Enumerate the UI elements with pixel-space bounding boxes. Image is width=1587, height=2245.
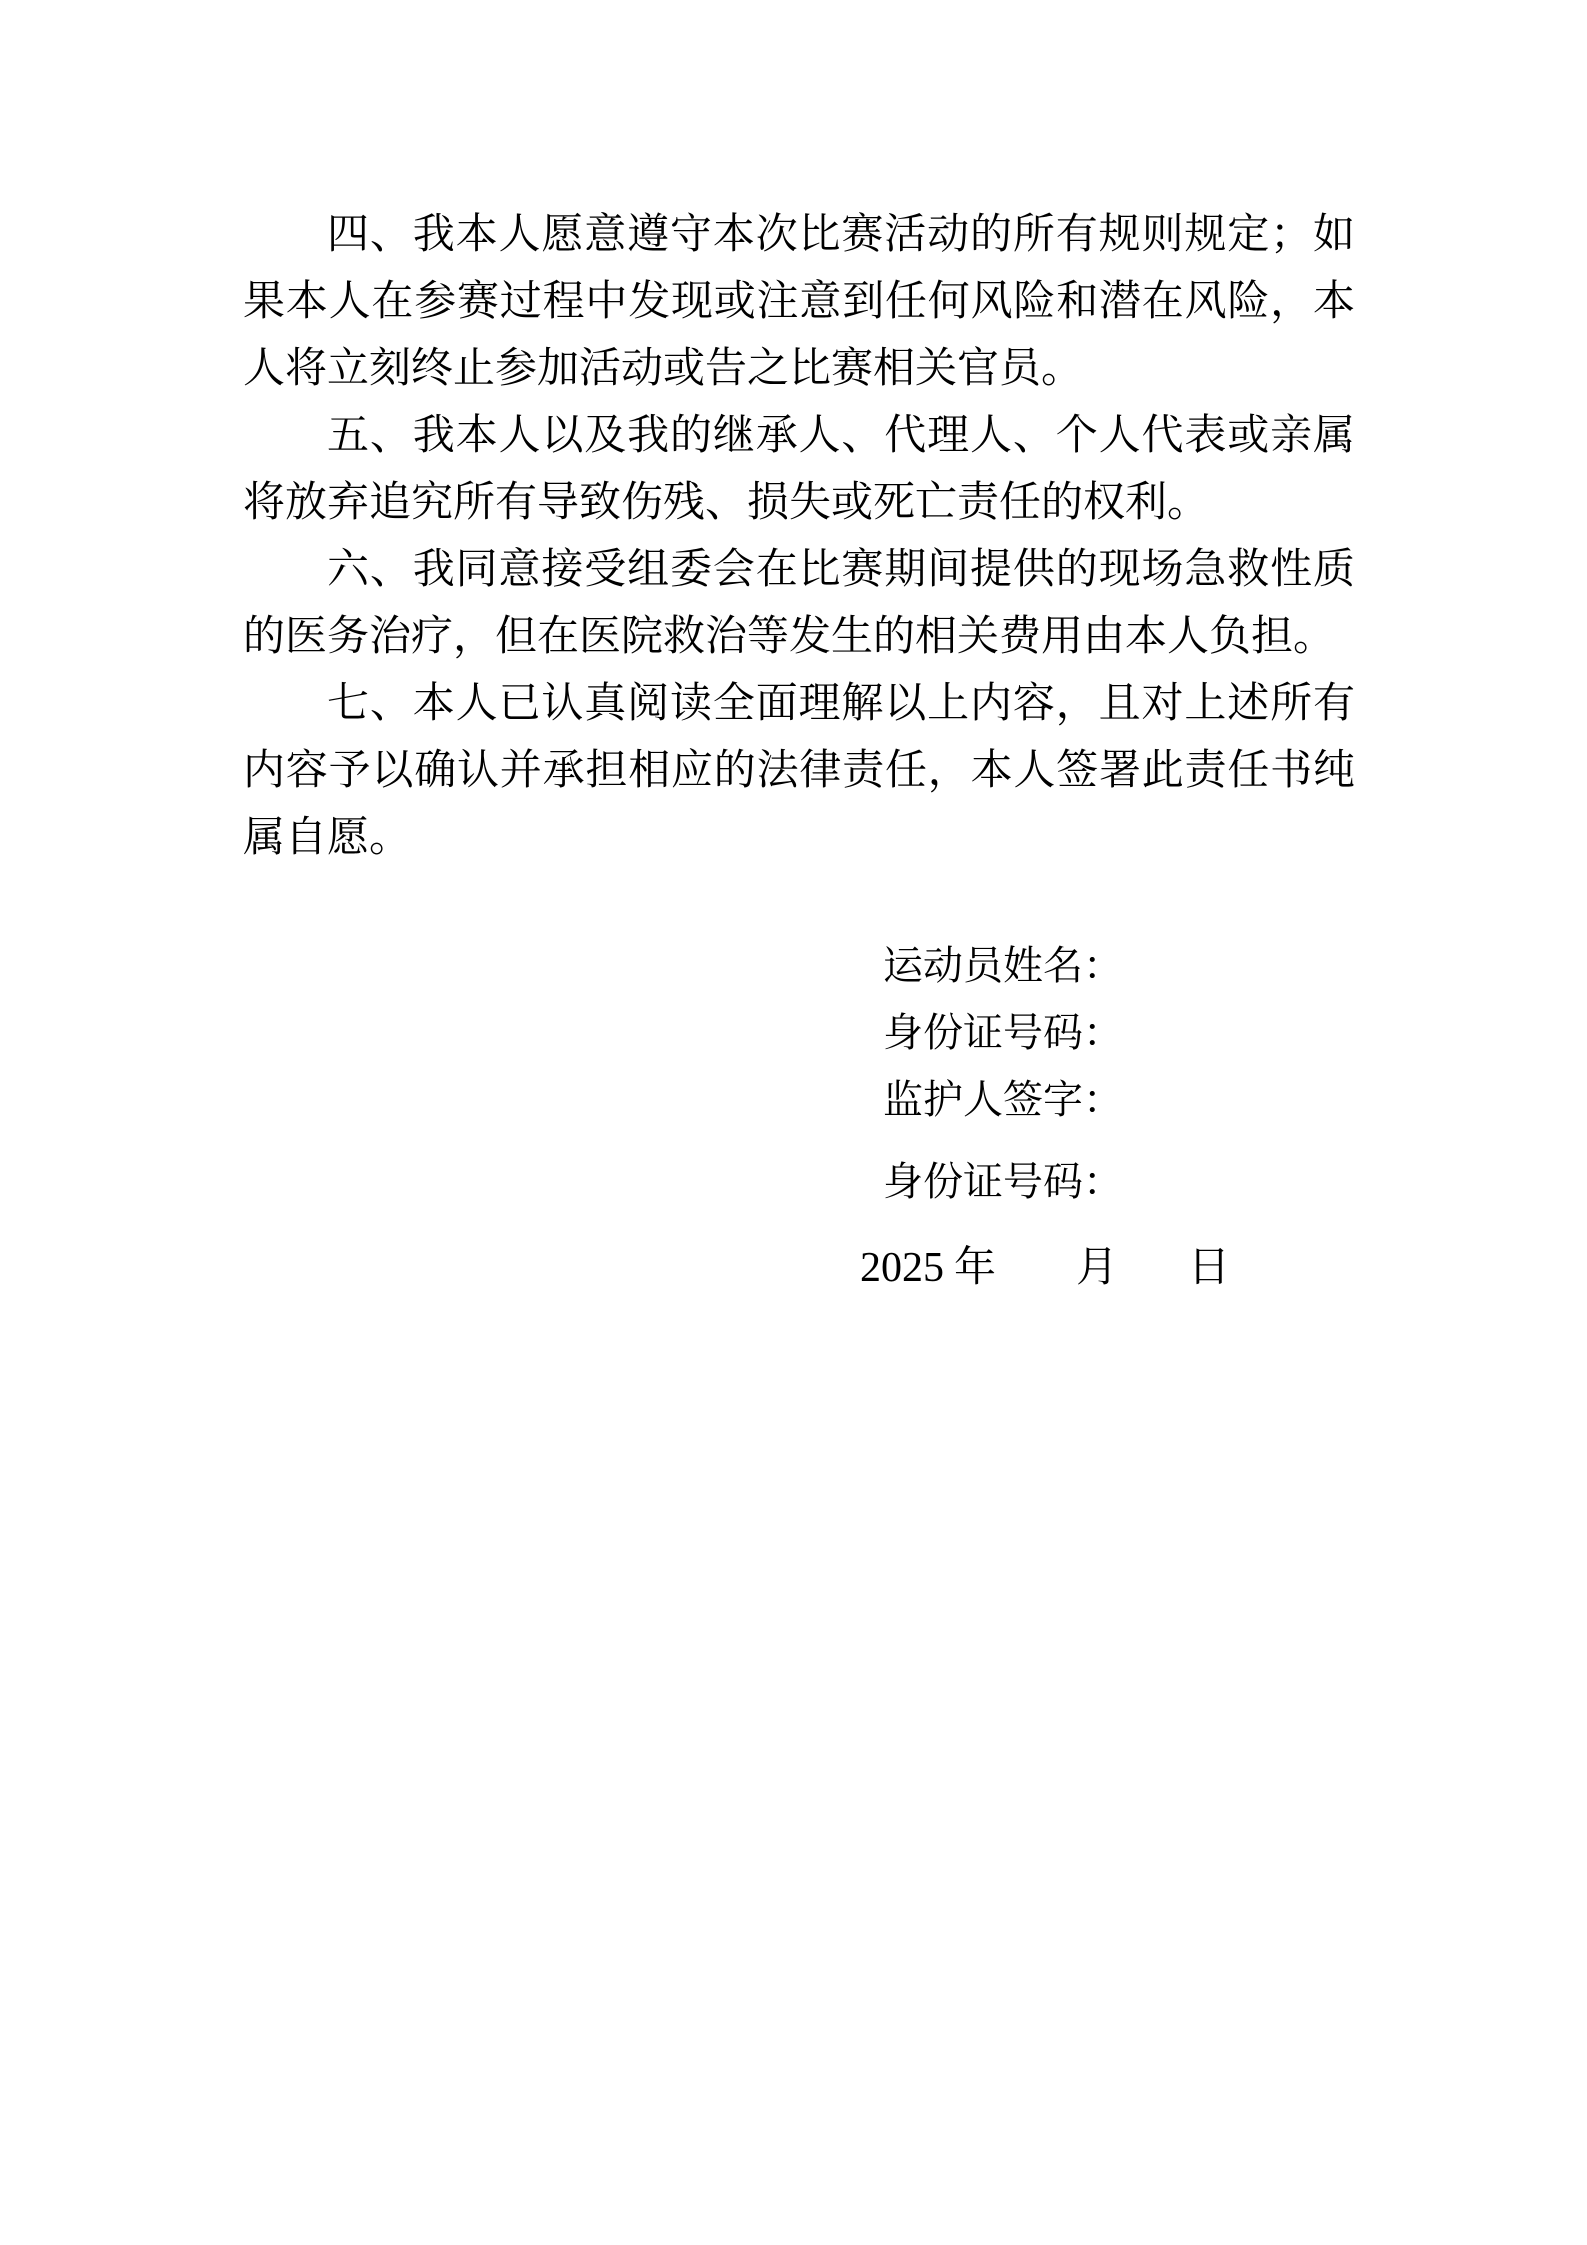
paragraph-clause-6: 六、我同意接受组委会在比赛期间提供的现场急救性质的医务治疗，但在医院救治等发生的…	[243, 537, 1355, 671]
date-line: 2025年月日	[860, 1235, 1355, 1302]
guardian-signature-line: 监护人签字：	[883, 1066, 1355, 1133]
paragraph-clause-4: 四、我本人愿意遵守本次比赛活动的所有规则规定；如果本人在参赛过程中发现或注意到任…	[243, 202, 1355, 403]
athlete-id-fill-area	[1123, 1045, 1243, 1046]
guardian-signature-fill-area	[1123, 1112, 1243, 1113]
guardian-id-fill-area	[1123, 1194, 1243, 1195]
athlete-name-label: 运动员姓名：	[883, 943, 1123, 988]
guardian-signature-label: 监护人签字：	[883, 1077, 1123, 1122]
paragraph-clause-7: 七、本人已认真阅读全面理解以上内容，且对上述所有内容予以确认并承担相应的法律责任…	[243, 671, 1355, 872]
paragraph-clause-5: 五、我本人以及我的继承人、代理人、个人代表或亲属将放弃追究所有导致伤残、损失或死…	[243, 403, 1355, 537]
athlete-name-line: 运动员姓名：	[883, 932, 1355, 999]
athlete-name-fill-area	[1123, 978, 1243, 979]
date-year-unit: 年	[954, 1245, 996, 1291]
document-page: 四、我本人愿意遵守本次比赛活动的所有规则规定；如果本人在参赛过程中发现或注意到任…	[0, 0, 1587, 2245]
date-month-unit: 月	[1076, 1245, 1118, 1291]
date-day-unit: 日	[1188, 1245, 1230, 1291]
guardian-id-label: 身份证号码：	[883, 1159, 1123, 1204]
athlete-id-label: 身份证号码：	[883, 1010, 1123, 1055]
date-year-value: 2025	[860, 1245, 944, 1291]
athlete-id-line: 身份证号码：	[883, 999, 1355, 1066]
guardian-id-line: 身份证号码：	[883, 1148, 1355, 1215]
signature-block: 运动员姓名： 身份证号码： 监护人签字： 身份证号码： 2025年月日	[883, 932, 1355, 1302]
document-body: 四、我本人愿意遵守本次比赛活动的所有规则规定；如果本人在参赛过程中发现或注意到任…	[243, 202, 1355, 872]
